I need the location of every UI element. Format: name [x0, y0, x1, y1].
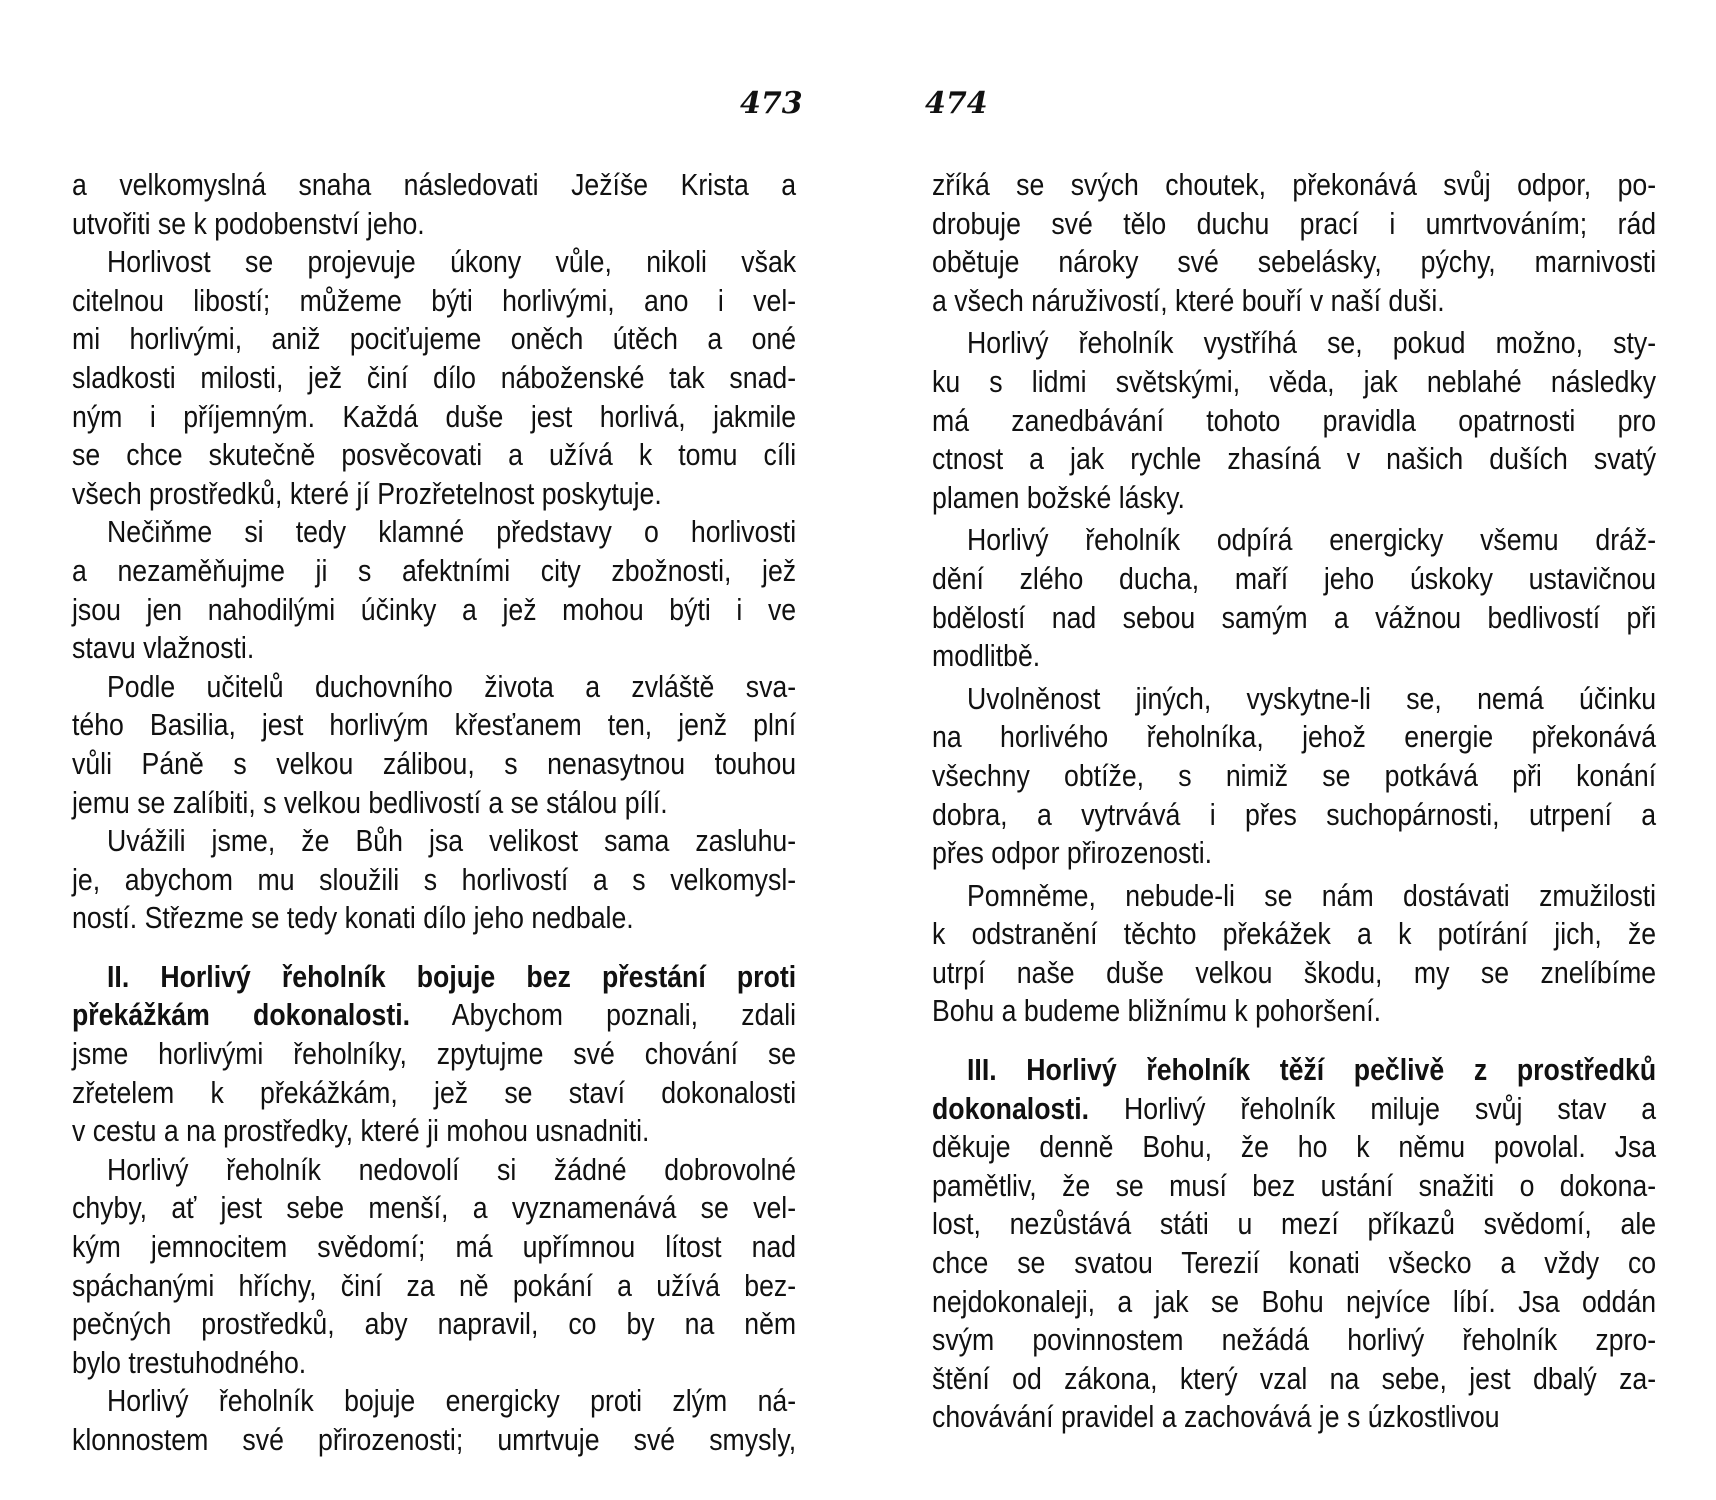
text-line: ností. Střezme se tedy konati dílo jeho …: [72, 899, 796, 938]
text-line: zříká se svých choutek, překonává svůj o…: [932, 166, 1656, 205]
line-text: chovávání pravidel a zachovává je s úzko…: [932, 1398, 1656, 1437]
line-text: zříká se svých choutek, překonává svůj o…: [932, 166, 1656, 205]
line-text: k odstranění těchto překážek a k potírán…: [932, 915, 1656, 954]
text-line: chyby, ať jest sebe menší, a vyznamenává…: [72, 1189, 796, 1228]
section-heading: III. Horlivý řeholník těží pečlivě z pro…: [932, 1051, 1656, 1090]
text-line: Nečiňme si tedy klamné představy o horli…: [72, 513, 796, 552]
text-line: se chce skutečně posvěcovati a užívá k t…: [72, 436, 796, 475]
paragraph: Horlivý řeholník odpírá energicky všemu …: [932, 521, 1656, 675]
text-line: utrpí naše duše velkou škodu, my se znel…: [932, 954, 1656, 993]
section-gap: [72, 938, 796, 958]
line-text: má zanedbávání tohoto pravidla opatrnost…: [932, 402, 1656, 441]
section-paragraph: II. Horlivý řeholník bojuje bez přestání…: [72, 958, 796, 1151]
section-gap: [932, 1031, 1656, 1051]
line-text: Horlivý řeholník nedovolí si žádné dobro…: [107, 1151, 796, 1190]
text-line: pamětliv, že se musí bez ustání snažiti …: [932, 1167, 1656, 1206]
line-text: spáchanými hříchy, činí za ně pokání a u…: [72, 1267, 796, 1306]
text-line: klonnostem své přirozenosti; umrtvuje sv…: [72, 1421, 796, 1460]
paragraph: Uvolněnost jiných, vyskytne-li se, nemá …: [932, 680, 1656, 873]
text-line: mi horlivými, aniž pociťujeme oněch útěc…: [72, 320, 796, 359]
text-line: ctnost a jak rychle zhasíná v našich duš…: [932, 440, 1656, 479]
line-text: Horlivý řeholník vystříhá se, pokud možn…: [967, 324, 1656, 363]
text-line: štění od zákona, který vzal na sebe, jes…: [932, 1360, 1656, 1399]
line-text: modlitbě.: [932, 637, 1656, 676]
text-line: Horlivost se projevuje úkony vůle, nikol…: [72, 243, 796, 282]
line-text: vůli Páně s velkou zálibou, s nenasytnou…: [72, 745, 796, 784]
text-line: plamen božské lásky.: [932, 479, 1656, 518]
line-text: štění od zákona, který vzal na sebe, jes…: [932, 1360, 1656, 1399]
text-line: nejdokonaleji, a jak se Bohu nejvíce líb…: [932, 1283, 1656, 1322]
paragraph: zříká se svých choutek, překonává svůj o…: [932, 166, 1656, 320]
line-text: bdělostí nad sebou samým a vážnou bedliv…: [932, 599, 1656, 638]
text-line: je, abychom mu sloužili s horlivostí a s…: [72, 861, 796, 900]
text-line: utvořiti se k podobenství jeho.: [72, 205, 796, 244]
line-text: Nečiňme si tedy klamné představy o horli…: [107, 513, 796, 552]
line-text: klonnostem své přirozenosti; umrtvuje sv…: [72, 1421, 796, 1460]
text-line: Horlivý řeholník odpírá energicky všemu …: [932, 521, 1656, 560]
section-heading: II. Horlivý řeholník bojuje bez přestání…: [72, 958, 796, 997]
line-text: a všech náruživostí, které bouří v naší …: [932, 282, 1656, 321]
text-line: ku s lidmi světskými, věda, jak neblahé …: [932, 363, 1656, 402]
line-text: citelnou libostí; můžeme býti horlivými,…: [72, 282, 796, 321]
text-line: chovávání pravidel a zachovává je s úzko…: [932, 1398, 1656, 1437]
line-text: všechny obtíže, s nimiž se potkává při k…: [932, 757, 1656, 796]
text-line: a všech náruživostí, které bouří v naší …: [932, 282, 1656, 321]
line-text: lost, nezůstává státi u mezí příkazů svě…: [932, 1205, 1656, 1244]
line-text: Horlivý řeholník bojuje energicky proti …: [107, 1382, 796, 1421]
text-line: dění zlého ducha, maří jeho úskoky ustav…: [932, 560, 1656, 599]
text-line: všechny obtíže, s nimiž se potkává při k…: [932, 757, 1656, 796]
text-line: pečných prostředků, aby napravil, co by …: [72, 1305, 796, 1344]
section-heading-text: II. Horlivý řeholník bojuje bez přestání…: [107, 958, 796, 997]
line-text: ným i příjemným. Každá duše jest horlivá…: [72, 398, 796, 437]
text-line: jsou jen nahodilými účinky a jež mohou b…: [72, 591, 796, 630]
line-text: děkuje denně Bohu, že ho k němu povolal.…: [932, 1128, 1656, 1167]
line-text: zřetelem k překážkám, jež se staví dokon…: [72, 1074, 796, 1113]
line-text: ností. Střezme se tedy konati dílo jeho …: [72, 899, 796, 938]
text-line: k odstranění těchto překážek a k potírán…: [932, 915, 1656, 954]
line-text: překážkám dokonalosti. Abychom poznali, …: [72, 996, 796, 1035]
line-text: v cestu a na prostředky, které ji mohou …: [72, 1112, 796, 1151]
section-heading-bold: dokonalosti.: [932, 1091, 1089, 1126]
paragraph: Uvážili jsme, že Bůh jsa velikost sama z…: [72, 822, 796, 938]
line-text: ku s lidmi světskými, věda, jak neblahé …: [932, 363, 1656, 402]
text-line: jemu se zalíbiti, s velkou bedlivostí a …: [72, 784, 796, 823]
text-line: Uvolněnost jiných, vyskytne-li se, nemá …: [932, 680, 1656, 719]
text-line: všech prostředků, které jí Prozřetelnost…: [72, 475, 796, 514]
line-text: kým jemnocitem svědomí; má upřímnou líto…: [72, 1228, 796, 1267]
text-line: Horlivý řeholník nedovolí si žádné dobro…: [72, 1151, 796, 1190]
paragraph: Podle učitelů duchovního života a zvlášt…: [72, 668, 796, 822]
line-text: se chce skutečně posvěcovati a užívá k t…: [72, 436, 796, 475]
line-text: všech prostředků, které jí Prozřetelnost…: [72, 475, 796, 514]
text-line: má zanedbávání tohoto pravidla opatrnost…: [932, 402, 1656, 441]
text-line: přes odpor přirozenosti.: [932, 834, 1656, 873]
line-text: Uvážili jsme, že Bůh jsa velikost sama z…: [107, 822, 796, 861]
line-text: a nezaměňujme ji s afektními city zbožno…: [72, 552, 796, 591]
page-number-right: 474: [925, 86, 988, 121]
line-text: utvořiti se k podobenství jeho.: [72, 205, 796, 244]
line-text: plamen božské lásky.: [932, 479, 1656, 518]
section-heading-continuation: překážkám dokonalosti. Abychom poznali, …: [72, 996, 796, 1035]
text-line: Pomněme, nebude-li se nám dostávati zmuž…: [932, 877, 1656, 916]
paragraph: Nečiňme si tedy klamné představy o horli…: [72, 513, 796, 667]
paragraph: Horlivost se projevuje úkony vůle, nikol…: [72, 243, 796, 513]
line-text: utrpí naše duše velkou škodu, my se znel…: [932, 954, 1656, 993]
text-line: svým povinnostem nežádá horlivý řeholník…: [932, 1321, 1656, 1360]
line-text: Podle učitelů duchovního života a zvlášt…: [107, 668, 796, 707]
paragraph: Horlivý řeholník vystříhá se, pokud možn…: [932, 324, 1656, 517]
section-text: Abychom poznali, zdali: [410, 997, 796, 1032]
text-line: bdělostí nad sebou samým a vážnou bedliv…: [932, 599, 1656, 638]
text-line: ným i příjemným. Každá duše jest horlivá…: [72, 398, 796, 437]
section-heading-bold: překážkám dokonalosti.: [72, 997, 410, 1032]
line-text: dokonalosti. Horlivý řeholník miluje svů…: [932, 1090, 1656, 1129]
line-text: mi horlivými, aniž pociťujeme oněch útěc…: [72, 320, 796, 359]
text-line: drobuje své tělo duchu prací i umrtvován…: [932, 205, 1656, 244]
line-text: svým povinnostem nežádá horlivý řeholník…: [932, 1321, 1656, 1360]
text-line: citelnou libostí; můžeme býti horlivými,…: [72, 282, 796, 321]
text-line: stavu vlažnosti.: [72, 629, 796, 668]
line-text: drobuje své tělo duchu prací i umrtvován…: [932, 205, 1656, 244]
line-text: jsme horlivými řeholníky, zpytujme své c…: [72, 1035, 796, 1074]
line-text: sladkosti milosti, jež činí dílo nábožen…: [72, 359, 796, 398]
text-line: tého Basilia, jest horlivým křesťanem te…: [72, 706, 796, 745]
paragraph: Pomněme, nebude-li se nám dostávati zmuž…: [932, 877, 1656, 1031]
text-line: vůli Páně s velkou zálibou, s nenasytnou…: [72, 745, 796, 784]
text-line: kým jemnocitem svědomí; má upřímnou líto…: [72, 1228, 796, 1267]
line-text: dobra, a vytrvává i přes suchopárnosti, …: [932, 796, 1656, 835]
line-text: bylo trestuhodného.: [72, 1344, 796, 1383]
text-line: Horlivý řeholník bojuje energicky proti …: [72, 1382, 796, 1421]
text-line: Bohu a budeme bližnímu k pohoršení.: [932, 992, 1656, 1031]
line-text: je, abychom mu sloužili s horlivostí a s…: [72, 861, 796, 900]
text-line: Uvážili jsme, že Bůh jsa velikost sama z…: [72, 822, 796, 861]
line-text: a velkomyslná snaha následovati Ježíše K…: [72, 166, 796, 205]
line-text: chce se svatou Terezií konati všecko a v…: [932, 1244, 1656, 1283]
text-line: děkuje denně Bohu, že ho k němu povolal.…: [932, 1128, 1656, 1167]
paragraph: Horlivý řeholník nedovolí si žádné dobro…: [72, 1151, 796, 1383]
line-text: jsou jen nahodilými účinky a jež mohou b…: [72, 591, 796, 630]
line-text: chyby, ať jest sebe menší, a vyznamenává…: [72, 1189, 796, 1228]
line-text: přes odpor přirozenosti.: [932, 834, 1656, 873]
line-text: Horlivý řeholník odpírá energicky všemu …: [967, 521, 1656, 560]
section-text: Horlivý řeholník miluje svůj stav a: [1089, 1091, 1656, 1126]
text-line: chce se svatou Terezií konati všecko a v…: [932, 1244, 1656, 1283]
page-number-left: 473: [740, 86, 803, 121]
line-text: Bohu a budeme bližnímu k pohoršení.: [932, 992, 1656, 1031]
text-line: jsme horlivými řeholníky, zpytujme své c…: [72, 1035, 796, 1074]
line-text: nejdokonaleji, a jak se Bohu nejvíce líb…: [932, 1283, 1656, 1322]
paragraph: Horlivý řeholník bojuje energicky proti …: [72, 1382, 796, 1459]
text-line: Horlivý řeholník vystříhá se, pokud možn…: [932, 324, 1656, 363]
line-text: na horlivého řeholníka, jehož energie př…: [932, 718, 1656, 757]
line-text: Pomněme, nebude-li se nám dostávati zmuž…: [967, 877, 1656, 916]
right-page-text: zříká se svých choutek, překonává svůj o…: [932, 166, 1656, 1437]
text-line: bylo trestuhodného.: [72, 1344, 796, 1383]
line-text: jemu se zalíbiti, s velkou bedlivostí a …: [72, 784, 796, 823]
section-heading-continuation: dokonalosti. Horlivý řeholník miluje svů…: [932, 1090, 1656, 1129]
text-line: zřetelem k překážkám, jež se staví dokon…: [72, 1074, 796, 1113]
text-line: a nezaměňujme ji s afektními city zbožno…: [72, 552, 796, 591]
line-text: dění zlého ducha, maří jeho úskoky ustav…: [932, 560, 1656, 599]
text-line: dobra, a vytrvává i přes suchopárnosti, …: [932, 796, 1656, 835]
line-text: Horlivost se projevuje úkony vůle, nikol…: [107, 243, 796, 282]
line-text: ctnost a jak rychle zhasíná v našich duš…: [932, 440, 1656, 479]
text-line: modlitbě.: [932, 637, 1656, 676]
text-line: a velkomyslná snaha následovati Ježíše K…: [72, 166, 796, 205]
text-line: lost, nezůstává státi u mezí příkazů svě…: [932, 1205, 1656, 1244]
left-page-text: a velkomyslná snaha následovati Ježíše K…: [72, 166, 796, 1460]
line-text: stavu vlažnosti.: [72, 629, 796, 668]
line-text: pečných prostředků, aby napravil, co by …: [72, 1305, 796, 1344]
line-text: tého Basilia, jest horlivým křesťanem te…: [72, 706, 796, 745]
text-line: spáchanými hříchy, činí za ně pokání a u…: [72, 1267, 796, 1306]
section-paragraph: III. Horlivý řeholník těží pečlivě z pro…: [932, 1051, 1656, 1437]
text-line: v cestu a na prostředky, které ji mohou …: [72, 1112, 796, 1151]
text-line: obětuje nároky své sebelásky, pýchy, mar…: [932, 243, 1656, 282]
line-text: Uvolněnost jiných, vyskytne-li se, nemá …: [967, 680, 1656, 719]
text-line: sladkosti milosti, jež činí dílo nábožen…: [72, 359, 796, 398]
text-line: Podle učitelů duchovního života a zvlášt…: [72, 668, 796, 707]
line-text: pamětliv, že se musí bez ustání snažiti …: [932, 1167, 1656, 1206]
line-text: obětuje nároky své sebelásky, pýchy, mar…: [932, 243, 1656, 282]
text-line: na horlivého řeholníka, jehož energie př…: [932, 718, 1656, 757]
paragraph: a velkomyslná snaha následovati Ježíše K…: [72, 166, 796, 243]
section-heading-text: III. Horlivý řeholník těží pečlivě z pro…: [967, 1051, 1656, 1090]
